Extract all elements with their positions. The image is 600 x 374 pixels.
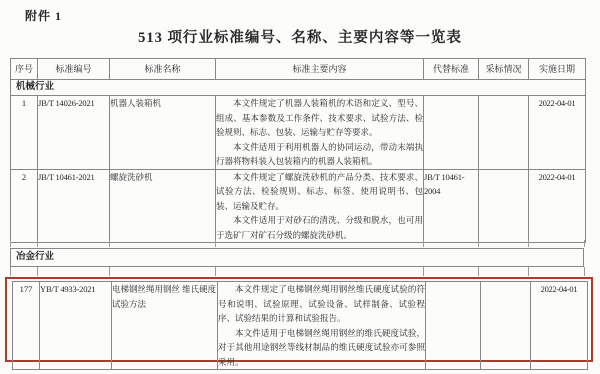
table-header-row: 序号 标准编号 标准名称 标准主要内容 代替标准 采标情况 实施日期: [11, 59, 586, 80]
cell-code: YB/T 4933-2021: [40, 282, 112, 370]
column-line-stub: [109, 240, 110, 247]
cell-name: 螺旋洗砂机: [110, 169, 216, 243]
column-line-stub: [478, 240, 479, 247]
highlight-box: 177 YB/T 4933-2021 电梯钢丝绳用钢丝 维氏硬度试验方法 本文件…: [5, 277, 593, 362]
column-line-stub: [10, 267, 11, 276]
column-line-stub: [528, 240, 529, 247]
column-line-stub: [528, 267, 529, 276]
column-line-stub: [215, 267, 216, 276]
table-row: 2 JB/T 10461-2021 螺旋洗砂机 本文件规定了螺旋洗砂机的产品分类…: [11, 169, 586, 243]
column-line-stub: [215, 240, 216, 247]
cell-date: 2022-04-01: [529, 96, 586, 170]
cell-content: 本文件规定了机器人装箱机的术语和定义、型号、组成、基本参数及工作条件、技术要求、…: [216, 96, 424, 170]
cell-replaces: [424, 96, 479, 170]
column-line-stub: [37, 240, 38, 247]
cell-adoption: [479, 169, 529, 243]
column-header-date: 实施日期: [529, 59, 586, 80]
column-header-code: 标准编号: [38, 59, 110, 80]
cell-date: 2022-04-01: [531, 282, 588, 370]
cell-content: 本文件规定了电梯钢丝绳用钢丝维氏硬度试验的符号和说明、试验原理、试验设备、试样制…: [218, 282, 426, 370]
table-row: 177 YB/T 4933-2021 电梯钢丝绳用钢丝 维氏硬度试验方法 本文件…: [13, 282, 588, 370]
column-line-stub: [109, 267, 110, 276]
cell-code: JB/T 10461-2021: [38, 169, 110, 243]
cell-replaces: JB/T 10461-2004: [424, 169, 479, 243]
section-row-metallurgy: 冶金行业: [10, 248, 584, 267]
section-row-machinery: 机械行业: [11, 80, 586, 96]
section-label: 机械行业: [11, 80, 586, 96]
standards-table: 序号 标准编号 标准名称 标准主要内容 代替标准 采标情况 实施日期 机械行业 …: [10, 58, 586, 243]
column-line-stub: [584, 267, 585, 276]
table-row: 1 JB/T 14026-2021 机器人装箱机 本文件规定了机器人装箱机的术语…: [11, 96, 586, 170]
content-paragraph: 本文件规定了机器人装箱机的术语和定义、型号、组成、基本参数及工作条件、技术要求、…: [216, 96, 423, 140]
content-paragraph: 本文件适用于利用机器人的协同运动，带动末端执行器将物料装入包装箱内的机器人装箱机…: [216, 140, 423, 169]
content-paragraph: 本文件规定了电梯钢丝绳用钢丝维氏硬度试验的符号和说明、试验原理、试验设备、试样制…: [218, 282, 425, 326]
cell-seq: 2: [11, 169, 38, 243]
content-paragraph: 本文件规定了螺旋洗砂机的产品分类、技术要求、试验方法、检验规则、标志、标签、使用…: [216, 170, 423, 214]
cell-name: 机器人装箱机: [110, 96, 216, 170]
attachment-label: 附件 1: [25, 7, 62, 24]
column-header-content: 标准主要内容: [216, 59, 424, 80]
column-header-replaces: 代替标准: [424, 59, 479, 80]
column-line-stub: [423, 267, 424, 276]
cell-seq: 177: [13, 282, 40, 370]
cell-seq: 1: [11, 96, 38, 170]
cell-adoption: [479, 96, 529, 170]
column-header-name: 标准名称: [110, 59, 216, 80]
cell-date: 2022-04-01: [529, 169, 586, 243]
column-header-seq: 序号: [11, 59, 38, 80]
standards-table-highlighted: 177 YB/T 4933-2021 电梯钢丝绳用钢丝 维氏硬度试验方法 本文件…: [12, 281, 588, 370]
cell-content: 本文件规定了螺旋洗砂机的产品分类、技术要求、试验方法、检验规则、标志、标签、使用…: [216, 169, 424, 243]
content-paragraph: 本文件适用于对砂石的清洗、分级和脱水，也可用于选矿厂对矿石分级的螺旋洗砂机。: [216, 213, 423, 242]
cell-replaces: [426, 282, 481, 370]
column-line-stub: [10, 240, 11, 247]
cell-name: 电梯钢丝绳用钢丝 维氏硬度试验方法: [112, 282, 218, 370]
cell-adoption: [481, 282, 531, 370]
page-title: 513 项行业标准编号、名称、主要内容等一览表: [0, 26, 600, 47]
cell-code: JB/T 14026-2021: [38, 96, 110, 170]
column-line-stub: [423, 240, 424, 247]
column-header-adoption: 采标情况: [479, 59, 529, 80]
content-paragraph: 本文件适用于电梯钢丝绳用钢丝的维氏硬度试验，对于其他用途钢丝等线材制品的维氏硬度…: [218, 326, 425, 370]
column-line-stub: [584, 240, 585, 247]
document-page: 附件 1 513 项行业标准编号、名称、主要内容等一览表 序号 标准编号 标准名…: [0, 0, 600, 374]
column-line-stub: [37, 267, 38, 276]
column-line-stub: [478, 267, 479, 276]
